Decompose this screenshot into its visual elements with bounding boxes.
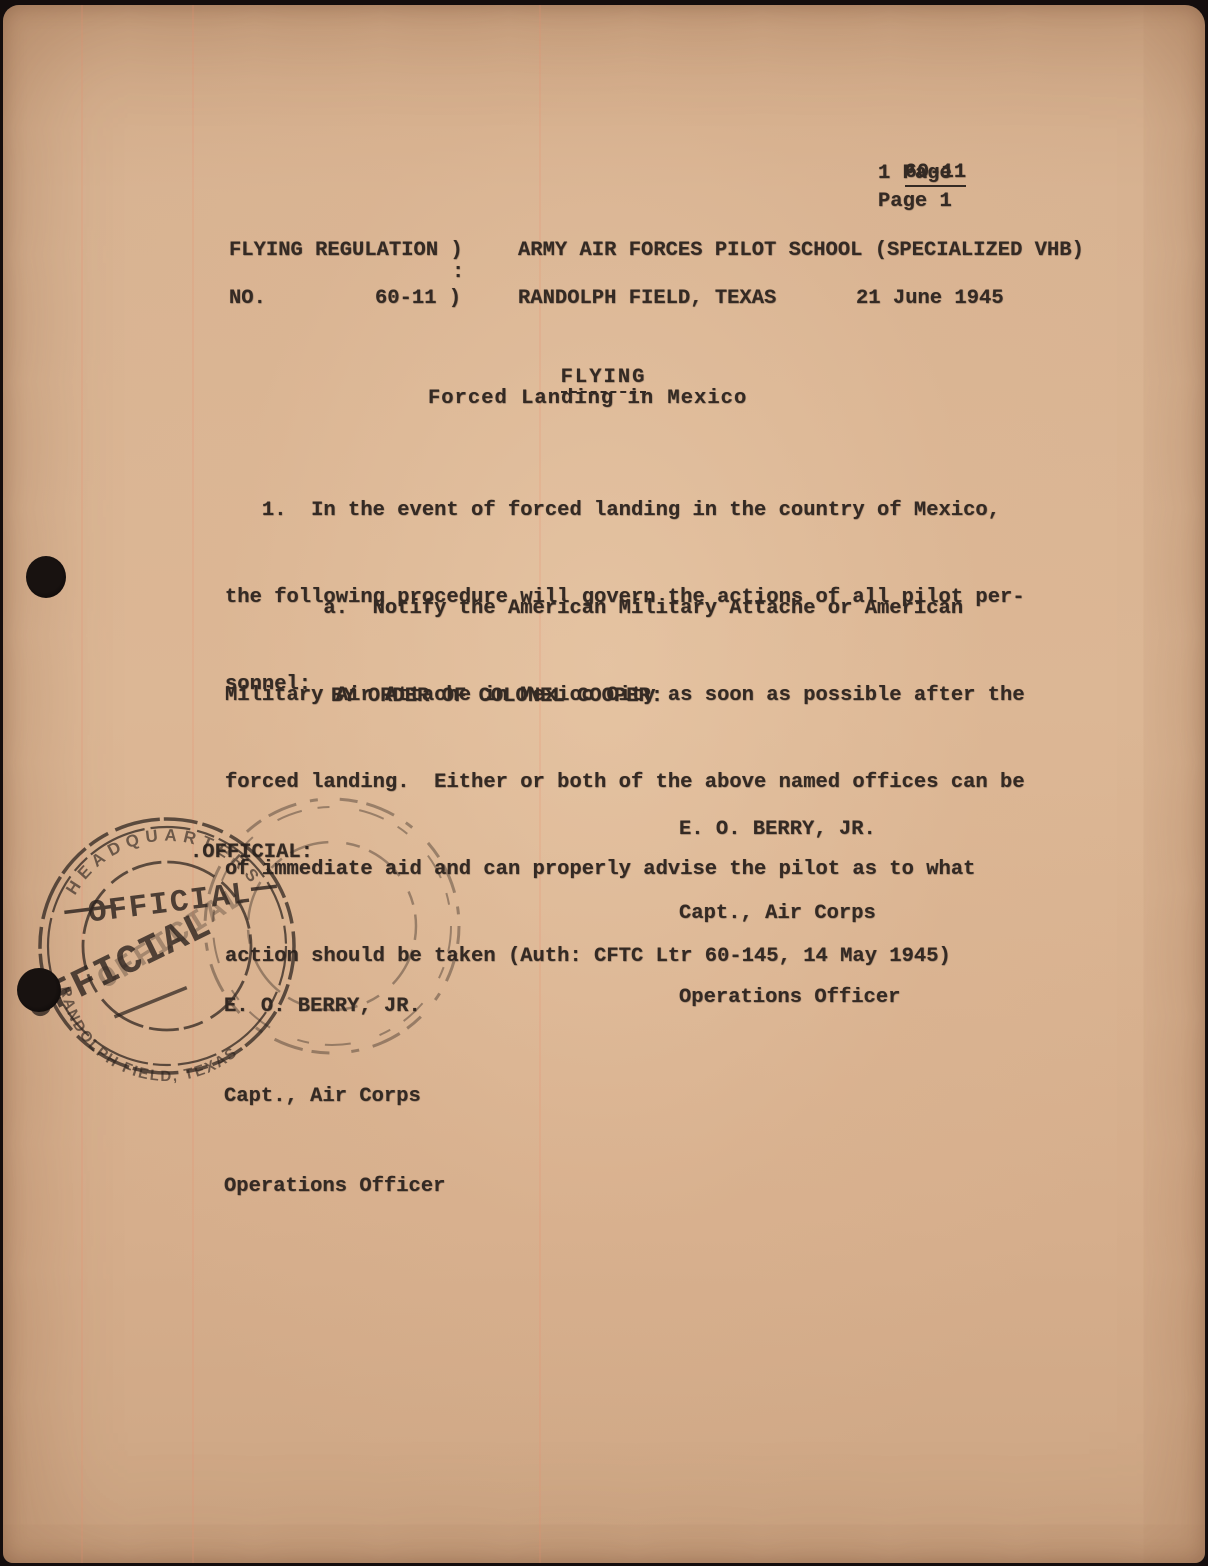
- header-separator: :: [452, 258, 464, 287]
- scanned-document-page: { "doc": { "ref": { "number": "60-11", "…: [0, 0, 1208, 1566]
- signature-title: Operations Officer: [679, 984, 900, 1012]
- paragraph-a-line: a. Notify the American Military Attache …: [225, 594, 1025, 623]
- hole-punch-top: [26, 556, 66, 598]
- doc-length: 1 Page: [878, 160, 952, 188]
- header-regulation-line: FLYING REGULATION ): [229, 236, 463, 265]
- official-signature-block: E. O. BERRY, JR. Capt., Air Corps Operat…: [224, 932, 445, 1232]
- paragraph-1-line: 1. In the event of forced landing in the…: [225, 496, 1025, 525]
- document-subtitle: Forced Landing in Mexico: [428, 384, 747, 413]
- signature-name: E. O. BERRY, JR.: [679, 816, 900, 844]
- header-date: 21 June 1945: [856, 284, 1004, 313]
- signature-rank: Capt., Air Corps: [679, 900, 900, 928]
- stamp-official-underline: [114, 986, 188, 1018]
- official-signature-name: E. O. BERRY, JR.: [224, 992, 445, 1022]
- by-order-line: BY ORDER OF COLONEL COOPER:: [331, 682, 663, 711]
- header-organization: ARMY AIR FORCES PILOT SCHOOL (SPECIALIZE…: [518, 236, 1084, 265]
- official-signature-rank: Capt., Air Corps: [224, 1082, 445, 1112]
- doc-page-number: Page 1: [878, 188, 952, 216]
- header-location: RANDOLPH FIELD, TEXAS: [518, 284, 776, 313]
- signature-block: E. O. BERRY, JR. Capt., Air Corps Operat…: [679, 760, 900, 1040]
- hole-punch-bottom: [17, 968, 61, 1012]
- header-no-label: NO.: [229, 284, 266, 313]
- header-no-value: 60-11 ): [375, 284, 461, 313]
- official-signature-title: Operations Officer: [224, 1172, 445, 1202]
